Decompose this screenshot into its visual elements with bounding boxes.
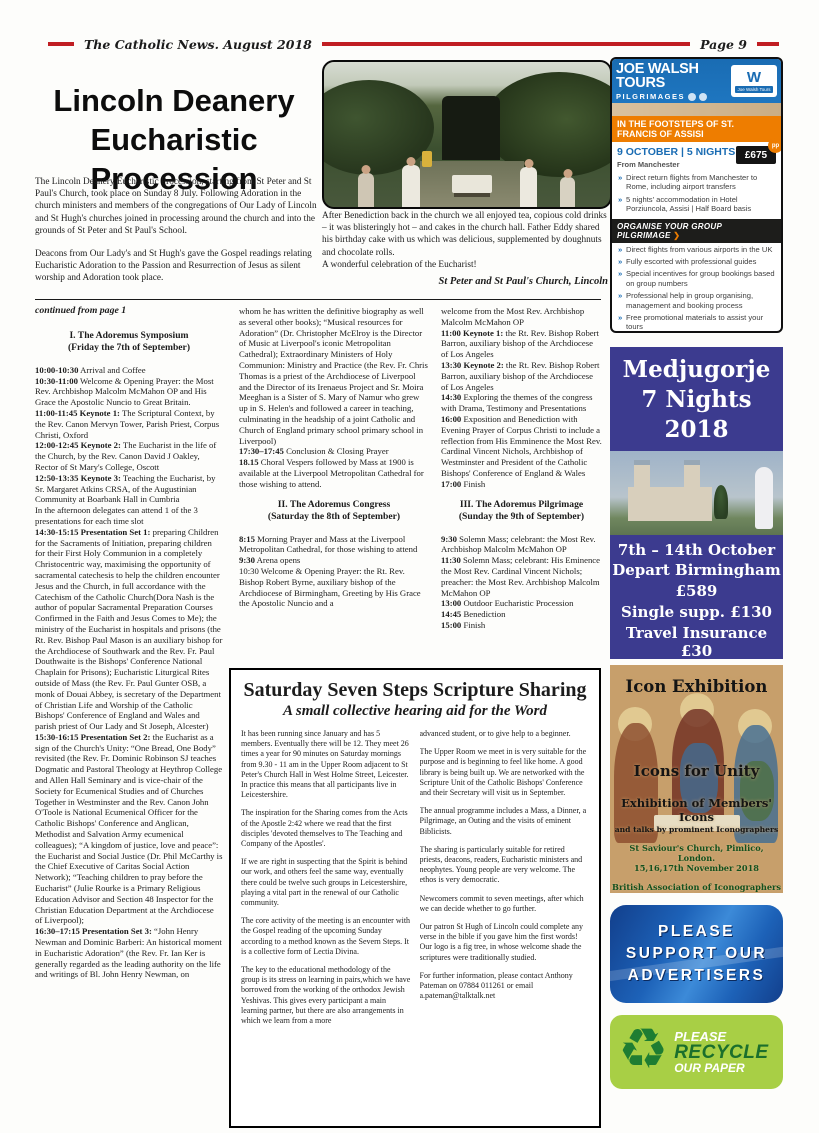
scripture-columns: It has been running since January and ha…: [231, 729, 599, 1101]
photo-caption: After Benediction back in the church we …: [322, 210, 608, 271]
hedge-shape: [322, 80, 434, 175]
altar-shape: [452, 175, 492, 193]
jw-date-block: 9 OCTOBER | 5 NIGHTS From Manchester: [617, 146, 735, 169]
jw-logo: W Joe Walsh Tours: [731, 65, 777, 97]
scripture-paragraph: For further information, please contact …: [420, 971, 590, 1002]
jw-from-line: From Manchester: [617, 160, 735, 169]
schedule-entry: 16:00 Exposition and Benediction with Ev…: [441, 414, 602, 479]
article-lead-text: The Lincoln Deanery Eucharistic Processi…: [35, 176, 322, 296]
scripture-paragraph: The Upper Room we meet in is very suitab…: [420, 747, 590, 798]
support-advertisers-ad: PLEASESUPPORT OURADVERTISERS: [610, 905, 783, 1003]
medjugorje-detail-line: £589: [610, 582, 783, 601]
joe-walsh-tours-ad: JOE WALSH TOURS PILGRIMAGES W Joe Walsh …: [610, 57, 783, 333]
lead-paragraph: The Lincoln Deanery Eucharistic Processi…: [35, 176, 322, 237]
medjugorje-detail-line: 7th – 14th October: [610, 541, 783, 560]
recycle-icon: ♻: [618, 1022, 668, 1078]
jw-pp-badge: pp: [768, 138, 783, 153]
jw-logo-text: Joe Walsh Tours: [735, 86, 772, 93]
jw-group-bullet: Special incentives for group bookings ba…: [618, 269, 776, 288]
scripture-paragraph: The key to the educational methodology o…: [241, 965, 411, 1026]
schedule-entry: 11:00 Keynote 1: the Rt. Rev. Bishop Rob…: [441, 328, 602, 360]
icon-talks-line: and talks by prominent Iconographers: [610, 825, 783, 834]
schedule-entry: 17:30–17:45 Conclusion & Closing Prayer: [239, 446, 429, 457]
medjugorje-title: Medjugorje 7 Nights 2018: [610, 355, 783, 445]
schedule-entry: 12:00-12:45 Keynote 2: The Eucharist in …: [35, 440, 223, 472]
schedule-entry: III. The Adoremus Pilgrimage (Sunday the…: [441, 499, 602, 523]
jw-trip-info: 9 OCTOBER | 5 NIGHTS From Manchester £67…: [612, 142, 781, 171]
schedule-entry: 15:30-16:15 Presentation Set 2: the Euch…: [35, 732, 223, 926]
scripture-title: Saturday Seven Steps Scripture Sharing: [237, 679, 593, 702]
support-line: SUPPORT OUR: [626, 945, 767, 963]
schedule-entry: 11:00-11:45 Keynote 1: The Scriptural Co…: [35, 408, 223, 440]
scripture-paragraph: The sharing is particularly suitable for…: [420, 845, 590, 886]
statue-shape: [755, 467, 773, 529]
symposium-col1-entries: I. The Adoremus Symposium (Friday the 7t…: [35, 330, 223, 980]
schedule-entry: In the afternoon delegates can attend 1 …: [35, 505, 223, 527]
jw-trip-bullet: 5 nights' accommodation in Hotel Porziun…: [618, 195, 776, 214]
symposium-column-2: whom he has written the definitive biogr…: [239, 306, 429, 662]
jw-trip-bullet: Direct return flights from Manchester to…: [618, 173, 776, 192]
symposium-column-3: welcome from the Most Rev. Archbishop Ma…: [441, 306, 602, 662]
church-tower-shape: [634, 460, 650, 511]
schedule-entry: 17:00 Finish: [441, 479, 602, 490]
schedule-entry: 14:30-15:15 Presentation Set 1: preparin…: [35, 527, 223, 732]
icon-venue-line: St Saviour's Church, Pimlico, London.: [610, 843, 783, 863]
schedule-entry: whom he has written the definitive biogr…: [239, 306, 429, 446]
church-tower-shape: [684, 460, 700, 511]
jw-price-value: £675: [745, 150, 767, 161]
schedule-entry: 8:15 Morning Prayer and Mass at the Live…: [239, 534, 429, 556]
scripture-sharing-box: Saturday Seven Steps Scripture Sharing A…: [229, 668, 601, 1128]
schedule-entry: 16:30–17:15 Presentation Set 3: “John He…: [35, 926, 223, 980]
jw-trip-banner: IN THE FOOTSTEPS OF ST. FRANCIS OF ASSIS…: [612, 116, 781, 142]
icon-exhibit-line: Exhibition of Members' Icons: [610, 796, 783, 824]
photo-byline: St Peter and St Paul's Church, Lincoln: [322, 276, 608, 287]
tree-shape: [714, 485, 728, 519]
continued-note: continued from page 1: [35, 306, 223, 317]
schedule-entry: 10:30 Welcome & Opening Prayer: the Rt. …: [239, 566, 429, 609]
figure-shape: [520, 167, 537, 207]
jw-pilgrimages-label: PILGRIMAGES: [616, 93, 685, 101]
scripture-paragraph: The core activity of the meeting is an e…: [241, 916, 411, 957]
schedule-entry: 14:30 Exploring the themes of the congre…: [441, 392, 602, 414]
publication-title: The Catholic News. August 2018: [84, 37, 312, 52]
hedge-opening-shape: [442, 96, 500, 160]
icon-exhibition-ad: Icon Exhibition Icons for Unity Exhibiti…: [610, 665, 783, 893]
schedule-entry: 9:30 Arena opens: [239, 555, 429, 566]
support-line: ADVERTISERS: [628, 967, 766, 985]
jw-group-bullets: Direct flights from various airports in …: [612, 243, 781, 333]
scripture-paragraph: Newcomers commit to seven meetings, afte…: [420, 894, 590, 914]
schedule-entry: welcome from the Most Rev. Archbishop Ma…: [441, 306, 602, 328]
figure-shape: [560, 177, 575, 207]
jw-price-tag: £675 pp: [736, 146, 776, 164]
jw-group-bullet: Fully escorted with professional guides: [618, 257, 776, 266]
masthead-rule-left: [48, 42, 74, 46]
icon-exhibition-title: Icon Exhibition: [610, 677, 783, 696]
icon-website-line: www.bai.org: [610, 892, 783, 893]
masthead-rule-right: [757, 42, 779, 46]
chevron-right-icon: ❯: [673, 231, 680, 240]
scripture-paragraph: The inspiration for the Sharing comes fr…: [241, 808, 411, 849]
scripture-col-b: advanced student, or to give help to a b…: [420, 729, 590, 1101]
medjugorje-detail-line: Depart Birmingham: [610, 561, 783, 580]
schedule-entry: 12:50-13:35 Keynote 3: Teaching the Euch…: [35, 473, 223, 505]
jw-brand-name: JOE WALSH TOURS: [616, 62, 728, 91]
schedule-entry: 11:30 Solemn Mass; celebrant: His Eminen…: [441, 555, 602, 598]
section-divider: [35, 299, 601, 300]
scripture-paragraph: Our patron St Hugh of Lincoln could comp…: [420, 922, 590, 963]
jw-logo-w-icon: W: [747, 70, 761, 85]
symposium-col3-entries: welcome from the Most Rev. Archbishop Ma…: [441, 306, 602, 631]
recycle-text: PLEASE RECYCLE OUR PAPER: [674, 1030, 768, 1074]
association-logo-icon: [699, 93, 707, 101]
schedule-entry: 10:00-10:30 Arrival and Coffee: [35, 365, 223, 376]
medjugorje-detail-line: Travel Insurance £30: [610, 624, 783, 659]
jw-date-line: 9 OCTOBER | 5 NIGHTS: [617, 146, 735, 158]
schedule-entry: I. The Adoremus Symposium (Friday the 7t…: [35, 330, 223, 354]
scripture-paragraph: advanced student, or to give help to a b…: [420, 729, 590, 739]
jw-brand: JOE WALSH TOURS PILGRIMAGES: [616, 62, 728, 101]
symposium-col2-entries: whom he has written the definitive biogr…: [239, 306, 429, 609]
masthead-rule-center: [322, 42, 690, 46]
medjugorje-ad: Medjugorje 7 Nights 2018 7th – 14th Octo…: [610, 347, 783, 659]
icon-dates-line: 15,16,17th November 2018: [610, 863, 783, 873]
icons-for-unity: Icons for Unity: [610, 762, 783, 780]
medjugorje-photo: [610, 451, 783, 535]
support-line: PLEASE: [658, 923, 735, 941]
scripture-paragraph: It has been running since January and ha…: [241, 729, 411, 800]
jw-group-bullet: Professional help in group organising, m…: [618, 291, 776, 310]
jw-group-bullet: Free promotional materials to assist you…: [618, 313, 776, 332]
jw-header: JOE WALSH TOURS PILGRIMAGES W Joe Walsh …: [612, 59, 781, 103]
masthead: The Catholic News. August 2018 Page 9: [48, 36, 779, 52]
recycle-ad: ♻ PLEASE RECYCLE OUR PAPER: [610, 1015, 783, 1089]
recycle-our-paper: OUR PAPER: [674, 1062, 768, 1074]
figure-shape: [358, 173, 374, 207]
scripture-paragraph: If we are right in suspecting that the S…: [241, 857, 411, 908]
medjugorje-detail-line: Single supp. £130: [610, 603, 783, 622]
schedule-entry: 18.15 Choral Vespers followed by Mass at…: [239, 457, 429, 489]
schedule-entry: 10:30-11:00 Welcome & Opening Prayer: th…: [35, 376, 223, 408]
schedule-entry: 13:30 Keynote 2: the Rt. Rev. Bishop Rob…: [441, 360, 602, 392]
schedule-entry: 14:45 Benediction: [441, 609, 602, 620]
recycle-word: RECYCLE: [674, 1043, 768, 1062]
scripture-paragraph: The annual programme includes a Mass, a …: [420, 806, 590, 837]
icon-association-line: British Association of Iconographers: [610, 882, 783, 892]
jw-group-banner: ORGANISE YOUR GROUP PILGRIMAGE ❯: [612, 219, 781, 243]
jw-trip-bullets: Direct return flights from Manchester to…: [612, 171, 781, 219]
lead-paragraph: Deacons from Our Lady's and St Hugh's ga…: [35, 248, 322, 285]
schedule-entry: II. The Adoremus Congress (Saturday the …: [239, 499, 429, 523]
figure-shape: [402, 165, 420, 207]
schedule-entry: 9:30 Solemn Mass; celebrant: the Most Re…: [441, 534, 602, 556]
jw-group-banner-label: ORGANISE YOUR GROUP PILGRIMAGE: [617, 222, 722, 240]
medjugorje-details: 7th – 14th OctoberDepart Birmingham£589S…: [610, 541, 783, 659]
symposium-column-1: continued from page 1 I. The Adoremus Sy…: [35, 306, 223, 1130]
schedule-entry: 13:00 Outdoor Eucharistic Procession: [441, 598, 602, 609]
scripture-subtitle: A small collective hearing aid for the W…: [237, 703, 593, 720]
schedule-entry: 15:00 Finish: [441, 620, 602, 631]
banner-shape: [422, 151, 432, 167]
scripture-col-a: It has been running since January and ha…: [241, 729, 411, 1101]
page-number: Page 9: [700, 37, 747, 52]
jw-group-bullet: Direct flights from various airports in …: [618, 245, 776, 254]
jw-brand-sub: PILGRIMAGES: [616, 93, 728, 101]
jw-photo-strip: [612, 103, 781, 116]
procession-photo: [322, 60, 612, 209]
association-logo-icon: [688, 93, 696, 101]
